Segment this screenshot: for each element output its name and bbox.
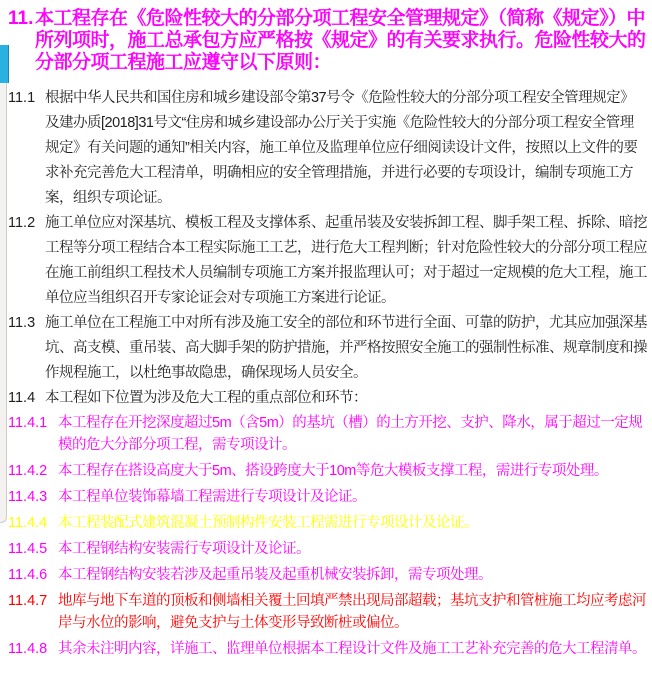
clause-text: 本工程钢结构安装若涉及起重吊装及起重机械安装拆卸，需专项处理。 <box>58 564 647 586</box>
clause-text: 本工程存在开挖深度超过5m（含5m）的基坑（槽）的土方开挖、支护、降水，属于超过… <box>58 412 647 456</box>
clause-number: 11.4.7 <box>8 590 58 634</box>
clause-11-3: 11.3 施工单位在工程施工中对所有涉及施工安全的部位和环节进行全面、可靠的防护… <box>8 311 647 386</box>
clause-11-4-1: 11.4.1 本工程存在开挖深度超过5m（含5m）的基坑（槽）的土方开挖、支护、… <box>8 412 647 456</box>
clause-number: 11.2 <box>8 211 45 311</box>
clause-text: 本工程钢结构安装需行专项设计及论证。 <box>58 538 647 560</box>
clause-text: 本工程装配式建筑混凝土预制构件安装工程需进行专项设计及论证。 <box>58 512 647 534</box>
clause-text: 施工单位在工程施工中对所有涉及施工安全的部位和环节进行全面、可靠的防护，尤其应加… <box>45 311 647 386</box>
clause-text: 本工程存在《危险性较大的分部分项工程安全管理规定》（简称《规定》）中所列项时，施… <box>35 8 647 74</box>
clause-11-4-8: 11.4.8 其余未注明内容，详施工、监理单位根据本工程设计文件及施工工艺补充完… <box>8 638 647 660</box>
clause-number: 11.4.6 <box>8 564 58 586</box>
clause-number: 11.4.2 <box>8 460 58 482</box>
clause-number: 11.4.3 <box>8 486 58 508</box>
clause-number: 11.4 <box>8 386 45 411</box>
clause-number: 11.4.8 <box>8 638 58 660</box>
clause-11-4-4: 11.4.4 本工程装配式建筑混凝土预制构件安装工程需进行专项设计及论证。 <box>8 512 647 534</box>
clause-11-4-6: 11.4.6 本工程钢结构安装若涉及起重吊装及起重机械安装拆卸，需专项处理。 <box>8 564 647 586</box>
clause-number: 11.4.5 <box>8 538 58 560</box>
clause-text: 地库与地下车道的顶板和侧墙相关覆土回填严禁出现局部超载；基坑支护和管桩施工均应考… <box>58 590 647 634</box>
clause-11-4-5: 11.4.5 本工程钢结构安装需行专项设计及论证。 <box>8 538 647 560</box>
clause-text: 本工程单位装饰幕墙工程需进行专项设计及论证。 <box>58 486 647 508</box>
document-page: 11. 本工程存在《危险性较大的分部分项工程安全管理规定》（简称《规定》）中所列… <box>0 0 652 660</box>
clause-number: 11.4.1 <box>8 412 58 456</box>
clause-11-4-2: 11.4.2 本工程存在搭设高度大于5m、搭设跨度大于10m等危大模板支撑工程，… <box>8 460 647 482</box>
clause-number: 11.1 <box>8 86 45 211</box>
clause-11-4: 11.4 本工程如下位置为涉及危大工程的重点部位和环节： <box>8 386 647 411</box>
clause-number: 11.4.4 <box>8 512 58 534</box>
clause-text: 其余未注明内容，详施工、监理单位根据本工程设计文件及施工工艺补充完善的危大工程清… <box>58 638 647 660</box>
clause-text: 本工程存在搭设高度大于5m、搭设跨度大于10m等危大模板支撑工程，需进行专项处理… <box>58 460 647 482</box>
clause-text: 施工单位应对深基坑、模板工程及支撑体系、起重吊装及安装拆卸工程、脚手架工程、拆除… <box>45 211 647 311</box>
clause-text: 根据中华人民共和国住房和城乡建设部令第37号令《危险性较大的分部分项工程安全管理… <box>45 86 647 211</box>
clause-11-2: 11.2 施工单位应对深基坑、模板工程及支撑体系、起重吊装及安装拆卸工程、脚手架… <box>8 211 647 311</box>
clause-11-4-7: 11.4.7 地库与地下车道的顶板和侧墙相关覆土回填严禁出现局部超载；基坑支护和… <box>8 590 647 634</box>
clause-11-1: 11.1 根据中华人民共和国住房和城乡建设部令第37号令《危险性较大的分部分项工… <box>8 86 647 211</box>
clause-11-4-3: 11.4.3 本工程单位装饰幕墙工程需进行专项设计及论证。 <box>8 486 647 508</box>
clause-text: 本工程如下位置为涉及危大工程的重点部位和环节： <box>45 386 647 411</box>
clause-number: 11.3 <box>8 311 45 386</box>
clause-number: 11. <box>8 8 35 74</box>
clause-11-heading: 11. 本工程存在《危险性较大的分部分项工程安全管理规定》（简称《规定》）中所列… <box>8 8 647 74</box>
